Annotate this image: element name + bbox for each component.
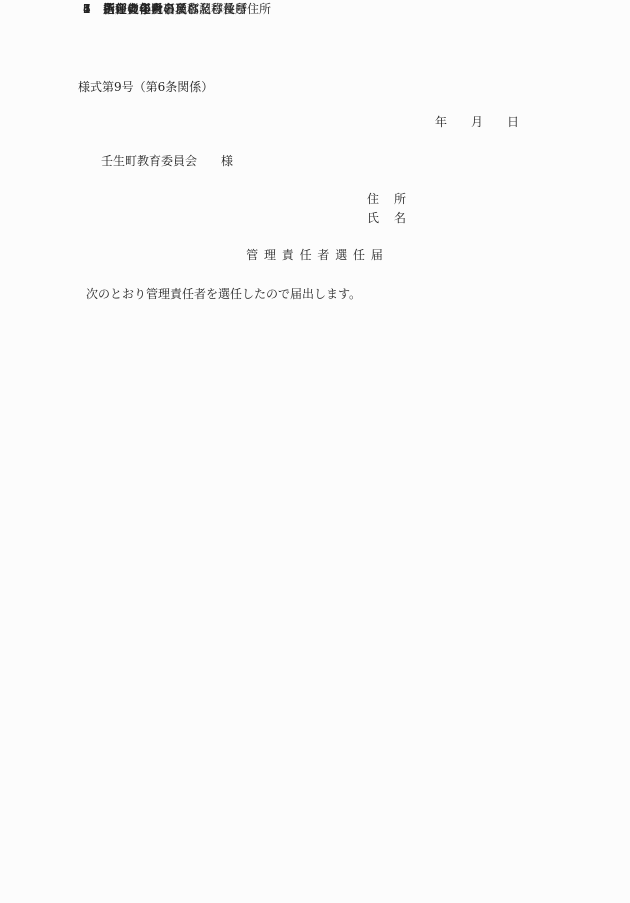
document-title: 管 理 責 任 者 選 任 届 bbox=[0, 246, 630, 264]
date-line: 年 月 日 bbox=[435, 113, 519, 131]
sender-address-label: 住 所 bbox=[367, 190, 408, 208]
document-page: 様式第9号（第6条関係） 年 月 日 壬生町教育委員会 様 住 所 氏 名 管 … bbox=[0, 0, 630, 903]
item-number: 7 bbox=[83, 0, 103, 18]
sender-name-label: 氏 名 bbox=[367, 209, 408, 227]
form-number: 様式第9号（第6条関係） bbox=[78, 78, 213, 96]
intro-sentence: 次のとおり管理責任者を選任したので届出します。 bbox=[86, 285, 361, 303]
item-label: その他参考事項 bbox=[103, 0, 187, 18]
addressee-line: 壬生町教育委員会 様 bbox=[101, 152, 233, 170]
item-row-7: 7 その他参考事項 bbox=[83, 0, 187, 18]
